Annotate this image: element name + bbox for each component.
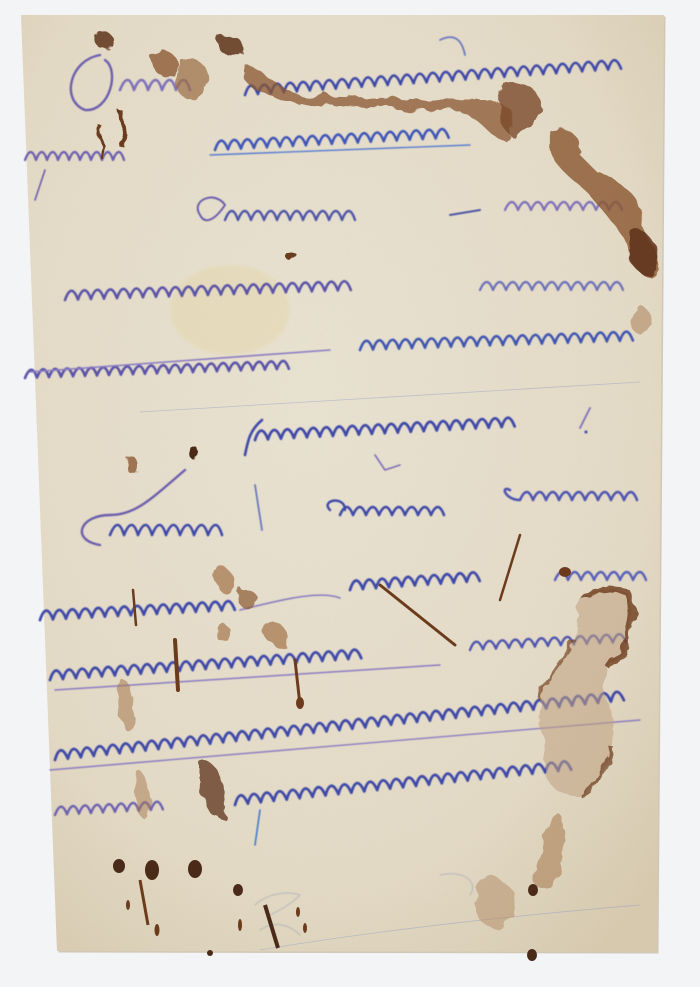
scanned-letter — [0, 0, 700, 987]
